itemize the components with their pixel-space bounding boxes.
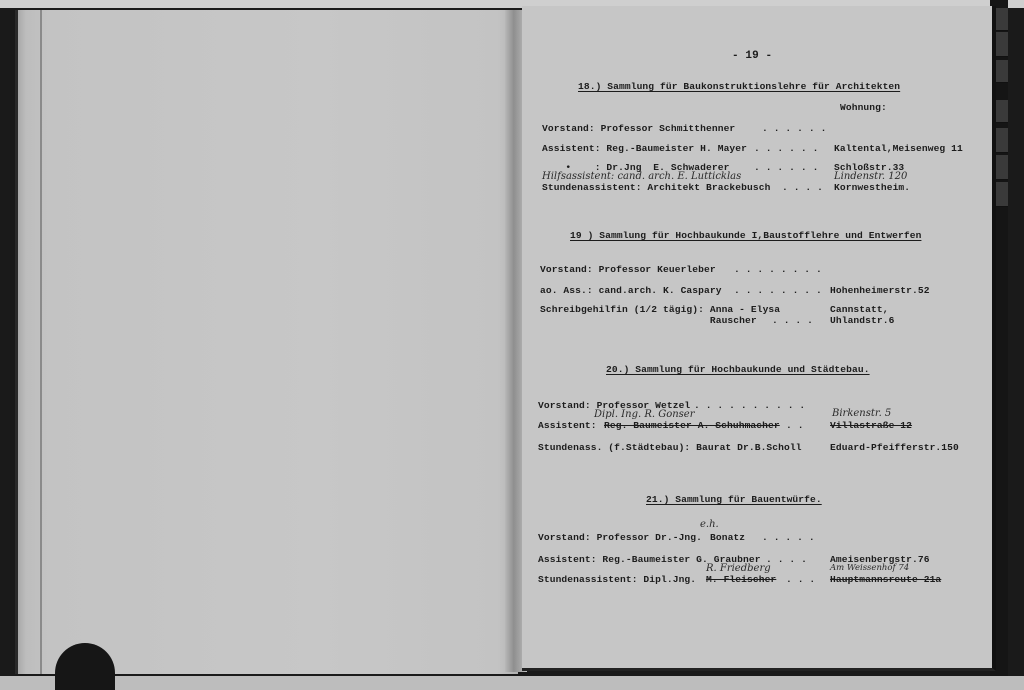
row-leader: . . . . .: [762, 532, 815, 543]
row-leader: . . . .: [782, 182, 823, 193]
row-address: Hohenheimerstr.52: [830, 285, 930, 296]
struck-address: Hauptmannsreute 21a: [830, 574, 941, 585]
row-label: Stundenassistent: Architekt Brackebusch: [542, 182, 770, 193]
row-label: Stundenassistent: Dipl.Jng.: [538, 574, 702, 585]
row-label: Assistent:: [538, 420, 602, 431]
row-leader: . . . .: [772, 315, 813, 326]
row-leader: . . . . . . . .: [734, 264, 822, 275]
row-leader: . .: [786, 420, 804, 431]
page-number: - 19 -: [732, 50, 772, 62]
handwritten-note: R. Friedberg: [706, 563, 771, 574]
row-label: Schreibgehilfin (1/2 tägig): Anna - Elys…: [540, 304, 780, 315]
section-21-title: 21.) Sammlung für Bauentwürfe.: [646, 494, 822, 505]
handwritten-address: Am Weissenhof 74: [830, 563, 909, 573]
section-19-title: 19 ) Sammlung für Hochbaukunde I,Baustof…: [570, 230, 921, 241]
struck-name: M. Fleischer: [706, 574, 776, 585]
left-blank-page: [15, 10, 518, 674]
row-address: Uhlandstr.6: [830, 315, 894, 326]
row-address: Kaltental,Meisenweg 11: [834, 143, 963, 154]
row-label: Vorstand: Professor Dr.-Jng.: [538, 532, 708, 543]
row-label: ao. Ass.: cand.arch. K. Caspary: [540, 285, 722, 296]
row-leader: . . . . . . . . . .: [694, 400, 805, 411]
row-address: Cannstatt,: [830, 304, 889, 315]
address-header: Wohnung:: [840, 102, 887, 113]
row-label: Assistent: Reg.-Baumeister H. Mayer: [542, 143, 747, 154]
row-label: Rauscher: [540, 315, 757, 326]
section-18-title: 18.) Sammlung für Baukonstruktionslehre …: [578, 81, 900, 92]
scanner-bottom-strip: [0, 676, 1024, 690]
struck-address: Villastraße 12: [830, 420, 912, 431]
left-page-inner-edge: [40, 10, 42, 674]
handwritten-note: e.h.: [700, 519, 719, 530]
handwritten-address: Birkenstr. 5: [832, 408, 891, 419]
row-label-suffix: Bonatz: [710, 532, 745, 543]
row-leader: . . . . . .: [754, 143, 818, 154]
row-label: Vorstand: Professor Schmitthenner: [542, 123, 735, 134]
row-address: Kornwestheim.: [834, 182, 910, 193]
row-leader: . . . .: [766, 554, 807, 565]
row-label: Stundenass. (f.Städtebau): Baurat Dr.B.S…: [538, 442, 802, 453]
row-leader: . . .: [786, 574, 815, 585]
section-20-title: 20.) Sammlung für Hochbaukunde und Städt…: [606, 364, 870, 375]
row-leader: . . . . . .: [754, 162, 818, 173]
handwritten-address: Lindenstr. 120: [834, 171, 907, 182]
row-leader: . . . . . .: [762, 123, 826, 134]
row-label: Vorstand: Professor Keuerleber: [540, 264, 716, 275]
handwritten-note: Dipl. Ing. R. Gonser: [594, 409, 695, 420]
handwritten-note: Hilfsassistent: cand. arch. E. Luttickla…: [542, 171, 741, 182]
row-address: Eduard-Pfeifferstr.150: [830, 442, 959, 453]
document-page: - 19 - 18.) Sammlung für Baukonstruktion…: [522, 6, 996, 671]
struck-name: Reg. Baumeister A. Schuhmacher: [604, 420, 780, 431]
row-leader: . . . . . . . .: [734, 285, 822, 296]
